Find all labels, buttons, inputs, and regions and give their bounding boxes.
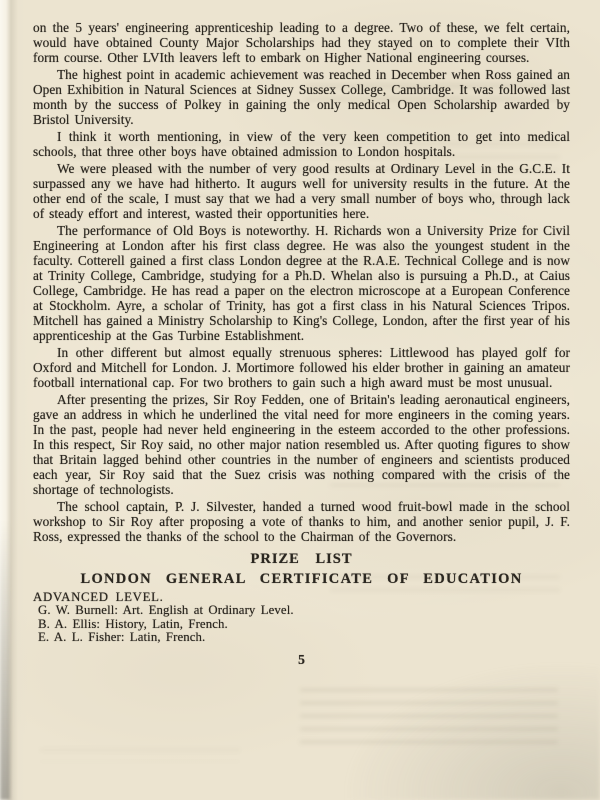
paragraph: We were pleased with the number of very … xyxy=(33,161,570,221)
prize-entry: G. W. Burnell: Art. English at Ordinary … xyxy=(38,604,570,618)
advanced-level-heading: ADVANCED LEVEL. xyxy=(33,590,570,604)
paragraph: After presenting the prizes, Sir Roy Fed… xyxy=(33,392,570,497)
paragraph: The performance of Old Boys is noteworth… xyxy=(33,223,570,343)
paragraph: The school captain, P. J. Silvester, han… xyxy=(33,499,570,544)
paragraph: I think it worth mentioning, in view of … xyxy=(33,129,570,159)
prize-entry: B. A. Ellis: History, Latin, French. xyxy=(38,618,570,632)
bleed-through-artifact xyxy=(40,748,240,762)
paragraph: In other different but almost equally st… xyxy=(33,345,570,390)
page-edge-shadow-bottom xyxy=(0,520,10,800)
prize-entry: E. A. L. Fisher: Latin, French. xyxy=(38,631,570,645)
paragraph-continuation: on the 5 years' engineering apprenticesh… xyxy=(33,20,570,65)
page-edge-shadow xyxy=(0,0,28,800)
text-column: on the 5 years' engineering apprenticesh… xyxy=(33,20,570,668)
page-number: 5 xyxy=(33,652,570,668)
certificate-heading: LONDON GENERAL CERTIFICATE OF EDUCATION xyxy=(33,571,570,587)
scanned-document-page: on the 5 years' engineering apprenticesh… xyxy=(0,0,600,800)
bleed-through-artifact xyxy=(300,688,558,746)
scan-artifact-patch xyxy=(340,660,600,800)
paragraph: The highest point in academic achievemen… xyxy=(33,67,570,127)
prize-entries-list: G. W. Burnell: Art. English at Ordinary … xyxy=(38,604,570,645)
prize-list-heading: PRIZE LIST xyxy=(33,551,570,567)
